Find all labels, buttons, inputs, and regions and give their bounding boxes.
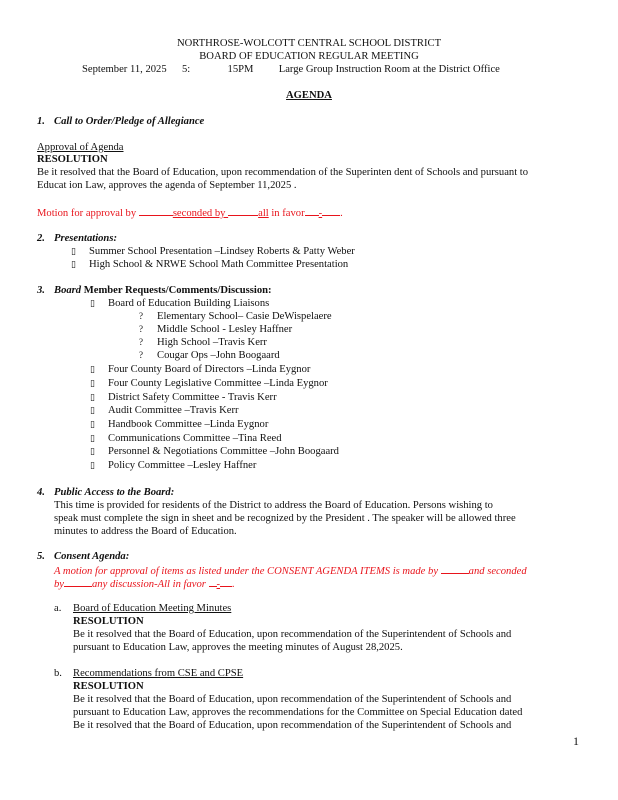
list-item: ?High School –Travis Kerr — [139, 336, 267, 349]
consent-item-a-heading: Board of Education Meeting Minutes — [73, 602, 231, 615]
section-2-heading: 2.Presentations: — [37, 232, 117, 245]
consent-item-b-letter: b. — [54, 667, 62, 680]
list-item: ▯Four County Legislative Committee –Lind… — [90, 377, 328, 390]
meeting-date: September 11, 2025 — [82, 64, 167, 75]
list-item: ▯Summer School Presentation –Lindsey Rob… — [71, 245, 355, 258]
consent-item-b-heading: Recommendations from CSE and CPSE — [73, 667, 243, 680]
list-item: ?Elementary School– Casie DeWispelaere — [139, 310, 332, 323]
bullet-icon: ▯ — [90, 418, 108, 431]
resolution-text-line-1: Be it resolved that the Board of Educati… — [37, 166, 528, 179]
meeting-time-hour: 5: — [182, 64, 190, 75]
meeting-title: BOARD OF EDUCATION REGULAR MEETING — [0, 50, 618, 63]
consent-mover-blank[interactable] — [441, 563, 469, 574]
bullet-icon: ▯ — [90, 445, 108, 458]
consent-motion-line-2: byany discussion-All in favor -. — [54, 576, 235, 591]
consent-favor-blank[interactable] — [209, 576, 217, 587]
consent-item-a-text-line-2: pursuant to Education Law, approves the … — [73, 641, 403, 654]
list-item: ▯Four County Board of Directors –Linda E… — [90, 363, 310, 376]
consent-item-b-text-line-1: Be it resolved that the Board of Educati… — [73, 693, 511, 706]
bullet-icon: ▯ — [90, 391, 108, 404]
bullet-icon: ▯ — [71, 245, 89, 258]
bullet-icon: ▯ — [90, 377, 108, 390]
sub-bullet-icon: ? — [139, 323, 157, 336]
list-item: ▯High School & NRWE School Math Committe… — [71, 258, 348, 271]
bullet-icon: ▯ — [90, 404, 108, 417]
meeting-details: September 11, 2025 5: 15PM Large Group I… — [82, 63, 500, 76]
consent-item-b-text-line-2: pursuant to Education Law, approves the … — [73, 706, 522, 719]
opposed-count-blank[interactable] — [322, 205, 340, 216]
list-item: ▯Board of Education Building Liaisons — [90, 297, 269, 310]
bullet-icon: ▯ — [90, 297, 108, 310]
list-item: ▯Personnel & Negotiations Committee –Joh… — [90, 445, 339, 458]
section-5-heading: 5.Consent Agenda: — [37, 550, 129, 563]
district-name: NORTHROSE-WOLCOTT CENTRAL SCHOOL DISTRIC… — [0, 37, 618, 50]
resolution-text-line-2: Educat ion Law, approves the agenda of S… — [37, 179, 297, 192]
meeting-location: Large Group Instruction Room at the Dist… — [279, 64, 500, 75]
list-item: ?Cougar Ops –John Boogaard — [139, 349, 280, 362]
sub-bullet-icon: ? — [139, 336, 157, 349]
list-item: ▯District Safety Committee - Travis Kerr — [90, 391, 277, 404]
public-access-text-line-3: minutes to address the Board of Educatio… — [54, 525, 237, 538]
bullet-icon: ▯ — [90, 363, 108, 376]
consent-opposed-blank[interactable] — [220, 576, 232, 587]
favor-count-blank[interactable] — [305, 205, 319, 216]
list-item: ▯Handbook Committee –Linda Eygnor — [90, 418, 268, 431]
public-access-text-line-2: speak must complete the sign in sheet an… — [54, 512, 516, 525]
consent-item-a-letter: a. — [54, 602, 61, 615]
consent-seconder-blank[interactable] — [64, 576, 92, 587]
resolution-label: RESOLUTION — [73, 615, 144, 628]
sub-bullet-icon: ? — [139, 310, 157, 323]
page-number: 1 — [573, 735, 579, 748]
section-1-heading: 1.Call to Order/Pledge of Allegiance — [37, 115, 204, 128]
bullet-icon: ▯ — [90, 432, 108, 445]
sub-bullet-icon: ? — [139, 349, 157, 362]
mover-blank[interactable] — [139, 205, 173, 216]
section-3-heading: 3.Board Member Requests/Comments/Discuss… — [37, 284, 272, 297]
consent-item-b-text-line-3: Be it resolved that the Board of Educati… — [73, 719, 511, 732]
list-item: ▯Communications Committee –Tina Reed — [90, 432, 282, 445]
list-item: ?Middle School - Lesley Haffner — [139, 323, 292, 336]
resolution-label: RESOLUTION — [73, 680, 144, 693]
list-item: ▯Policy Committee –Lesley Haffner — [90, 459, 256, 472]
agenda-title: AGENDA — [0, 89, 618, 102]
meeting-time-minutes: 15PM — [228, 64, 254, 75]
bullet-icon: ▯ — [71, 258, 89, 271]
resolution-label: RESOLUTION — [37, 153, 108, 166]
list-item: ▯Audit Committee –Travis Kerr — [90, 404, 239, 417]
consent-item-a-text-line-1: Be it resolved that the Board of Educati… — [73, 628, 511, 641]
seconder-blank[interactable] — [228, 205, 258, 216]
public-access-text-line-1: This time is provided for residents of t… — [54, 499, 493, 512]
bullet-icon: ▯ — [90, 459, 108, 472]
section-4-heading: 4.Public Access to the Board: — [37, 486, 174, 499]
motion-line: Motion for approval by seconded by all i… — [37, 205, 343, 220]
